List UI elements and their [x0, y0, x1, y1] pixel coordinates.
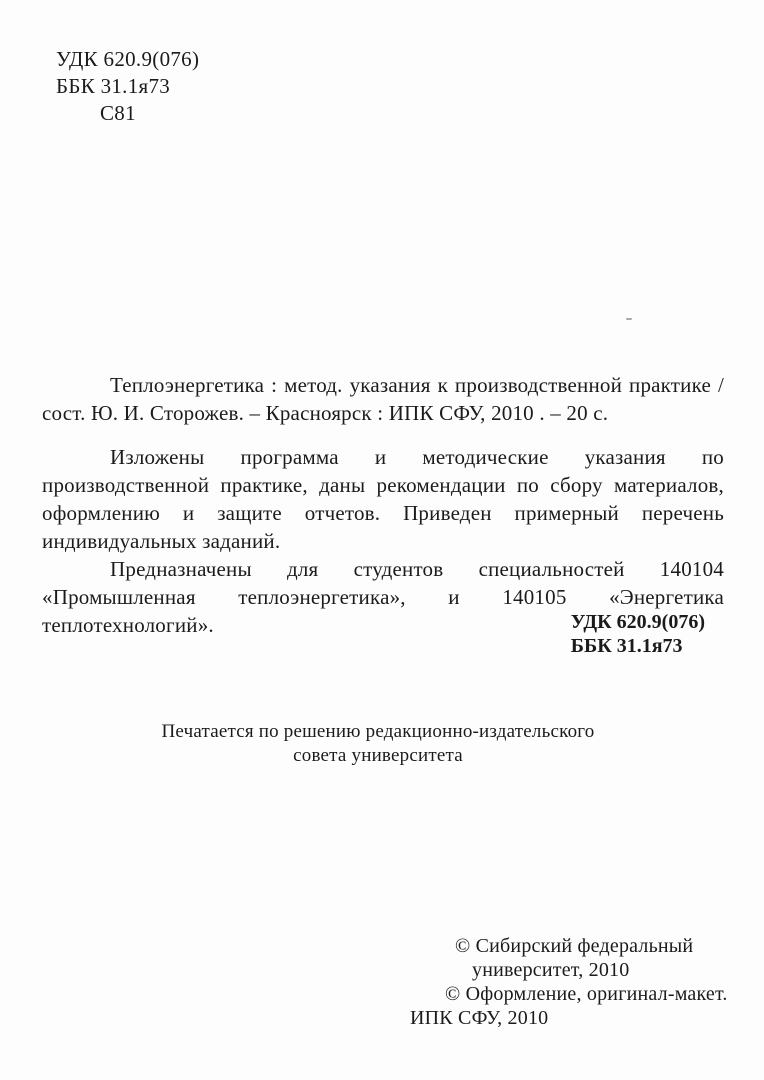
udc-code: УДК 620.9(076) [56, 46, 199, 73]
copyright-line-university-2: университет, 2010 [472, 958, 740, 982]
press-decision-line-2: совета университета [0, 744, 756, 768]
udc-code-bold: УДК 620.9(076) [571, 610, 705, 634]
classification-block-bottom: УДК 620.9(076) ББК 31.1я73 [571, 610, 705, 658]
bbk-code: ББК 31.1я73 [56, 73, 199, 100]
copyright-block: © Сибирский федеральный университет, 201… [410, 934, 740, 1030]
document-page: УДК 620.9(076) ББК 31.1я73 С81 Теплоэнер… [0, 0, 764, 1080]
copyright-line-design-2: ИПК СФУ, 2010 [410, 1006, 740, 1030]
annotation-paragraph: Изложены программа и методические указан… [42, 443, 724, 555]
press-decision-note: Печатается по решению редакционно-издате… [0, 720, 756, 768]
classification-block-top: УДК 620.9(076) ББК 31.1я73 С81 [56, 46, 199, 127]
bbk-code-bold: ББК 31.1я73 [571, 634, 705, 658]
bibliographic-entry: Теплоэнергетика : метод. указания к прои… [42, 371, 724, 427]
copyright-line-design-1: © Оформление, оригинал-макет. [445, 982, 740, 1006]
author-sign-code: С81 [56, 100, 199, 127]
copyright-line-university-1: © Сибирский федеральный [455, 934, 740, 958]
press-decision-line-1: Печатается по решению редакционно-издате… [0, 720, 756, 744]
scan-artifact-dot [626, 318, 632, 320]
